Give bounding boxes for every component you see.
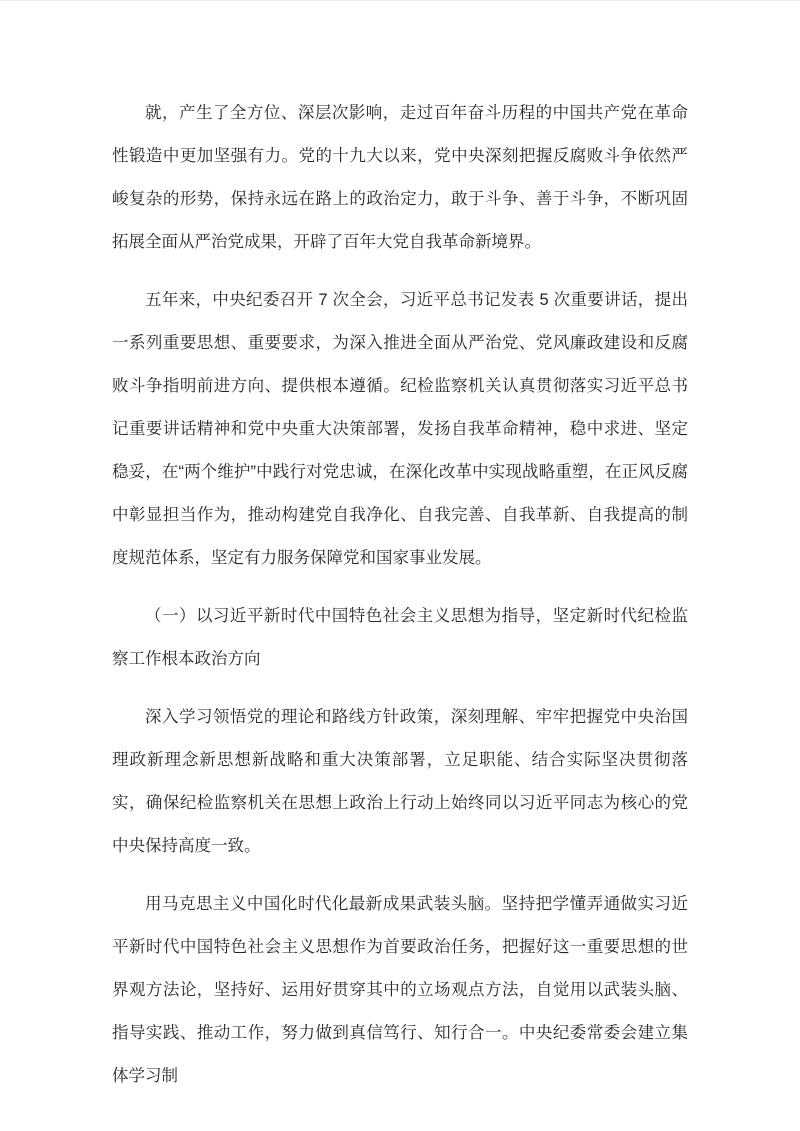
paragraph: 深入学习领悟党的理论和路线方针政策，深刻理解、牢牢把握党中央治国理政新理念新思想… xyxy=(112,696,688,868)
paragraph: 用马克思主义中国化时代化最新成果武装头脑。坚持把学懂弄通做实习近平新时代中国特色… xyxy=(112,883,688,1098)
paragraph: 就，产生了全方位、深层次影响，走过百年奋斗历程的中国共产党在革命性锻造中更加坚强… xyxy=(112,92,688,264)
paragraph: 五年来，中央纪委召开 7 次全会，习近平总书记发表 5 次重要讲话，提出一系列重… xyxy=(112,279,688,580)
section-heading: （一）以习近平新时代中国特色社会主义思想为指导，坚定新时代纪检监察工作根本政治方… xyxy=(112,595,688,681)
document-page: 就，产生了全方位、深层次影响，走过百年奋斗历程的中国共产党在革命性锻造中更加坚强… xyxy=(0,0,800,1131)
